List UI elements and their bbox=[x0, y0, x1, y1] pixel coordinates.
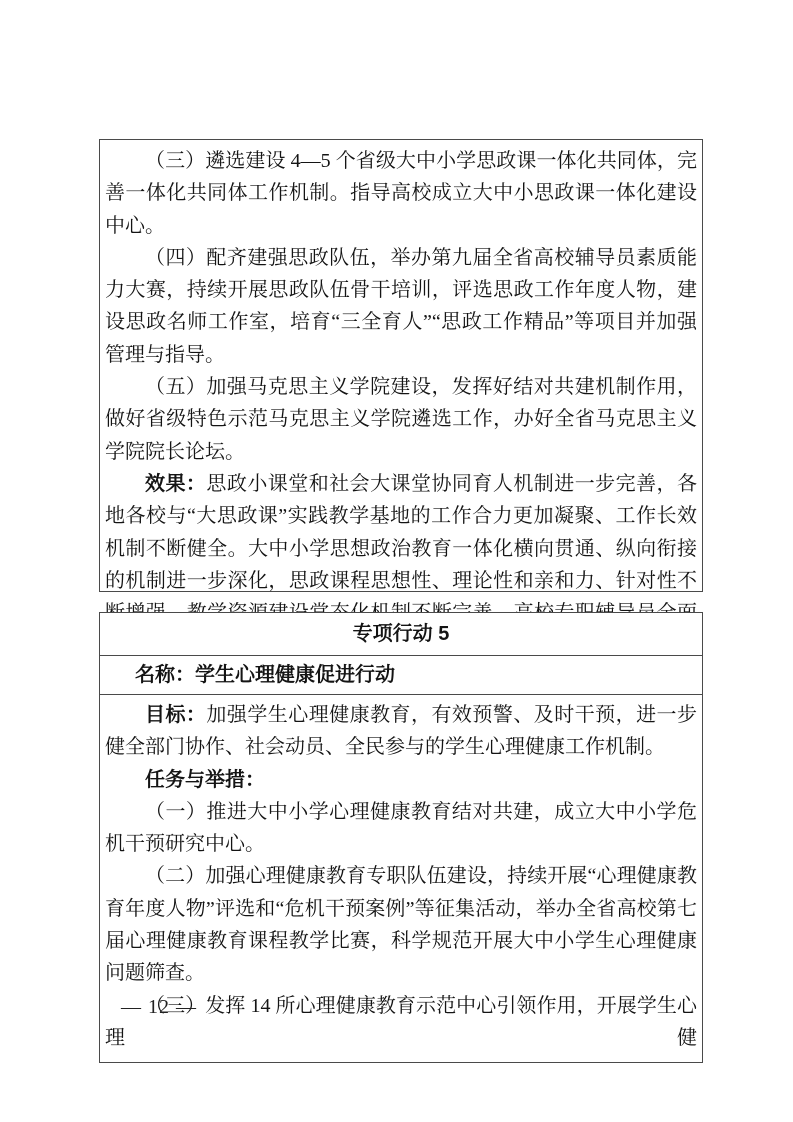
name-label: 名称： bbox=[135, 664, 195, 686]
page-number: — 12 — bbox=[121, 996, 197, 1019]
paragraph-item-4: （四）配齐建强思政队伍，举办第九届全省高校辅导员素质能力大赛，持续开展思政队伍骨… bbox=[105, 242, 697, 371]
summary-box: （三）遴选建设 4—5 个省级大中小学思政课一体化共同体，完善一体化共同体工作机… bbox=[99, 139, 703, 592]
action-table-title-row: 专项行动 5 bbox=[100, 613, 702, 656]
paragraph-item-3: （三）遴选建设 4—5 个省级大中小学思政课一体化共同体，完善一体化共同体工作机… bbox=[105, 145, 697, 242]
goal-label: 目标： bbox=[145, 704, 206, 726]
effect-label: 效果： bbox=[145, 473, 206, 495]
document-page: （三）遴选建设 4—5 个省级大中小学思政课一体化共同体，完善一体化共同体工作机… bbox=[0, 0, 793, 1122]
task-item-1: （一）推进大中小学心理健康教育结对共建，成立大中小学危机干预研究中心。 bbox=[105, 796, 697, 861]
paragraph-item-5: （五）加强马克思主义学院建设，发挥好结对共建机制作用，做好省级特色示范马克思主义… bbox=[105, 371, 697, 468]
action-table-name-row: 名称：学生心理健康促进行动 bbox=[100, 656, 702, 695]
name-value: 学生心理健康促进行动 bbox=[195, 664, 395, 686]
paragraph-goal: 目标：加强学生心理健康教育，有效预警、及时干预，进一步健全部门协作、社会动员、全… bbox=[105, 699, 697, 764]
task-item-2: （二）加强心理健康教育专职队伍建设，持续开展“心理健康教育年度人物”评选和“危机… bbox=[105, 860, 697, 989]
tasks-label: 任务与举措： bbox=[105, 764, 697, 796]
